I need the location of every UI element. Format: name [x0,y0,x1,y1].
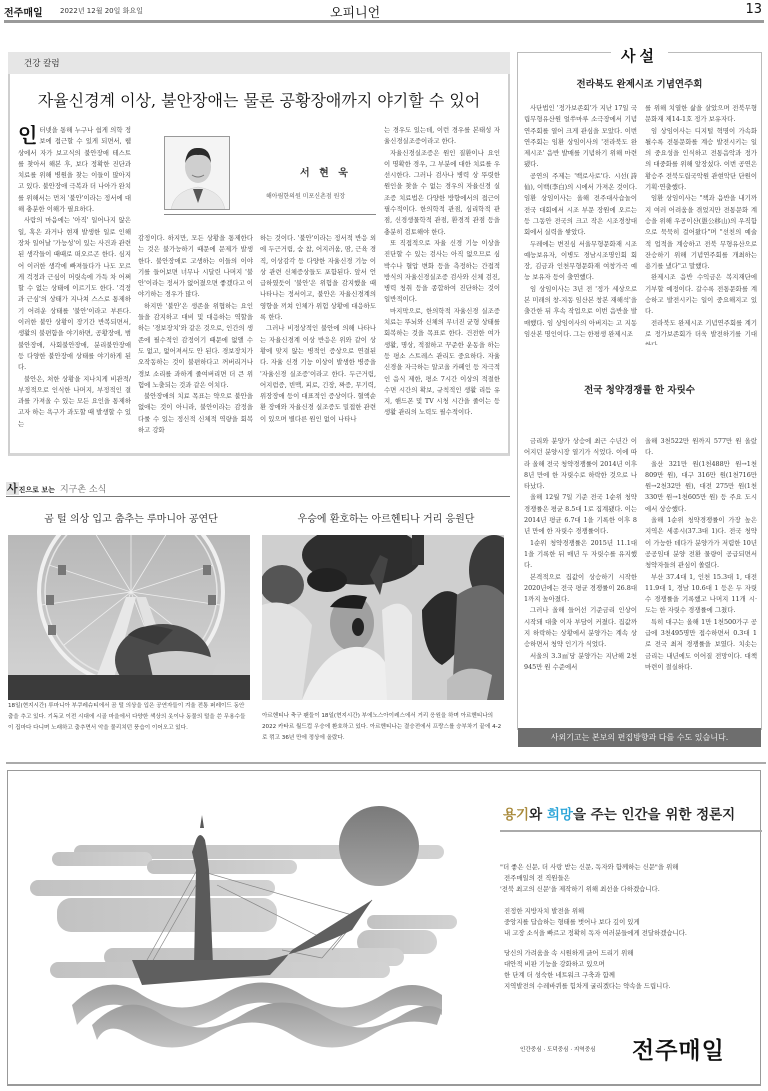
health-column-col4: 는 경우도 있는데, 이런 경우를 본태성 자율신경실조증이라고 한다. 자율신… [384,125,500,453]
ad-slogan: 용기와 희망을 주는 인간을 위한 정론지 [503,803,735,823]
paragraph: 그러나 올해 들어선 기준금리 인상이 시작돼 대출 이자 부담이 커졌다. 집… [524,605,637,650]
paragraph: 공연의 주제는 '백로사로'다. 시선(詩仙), 이백(李白)의 시에서 가져온… [524,171,637,239]
paragraph: 전라북도 완제시조 기념연주회를 계기로 정가보존회가 더욱 발전하기를 기대한… [645,318,757,345]
ad-line: 지역발전의 수레바퀴를 힘차게 굴리겠다는 약속을 드립니다. [504,981,766,992]
paragraph: 특히 대구는 올해 1만 1천500가구 공급에 3천495명만 접수하면서 0… [645,617,757,673]
paragraph: 감정이다. 하지만, 모든 상황을 통제한다는 것은 불가능하기 때문에 문제가… [138,233,253,301]
ad-paragraph-2: 진정한 지방자치 발전을 위해 중앙지를 답습하는 형태를 벗어나 보다 깊이 … [504,906,766,939]
ad-slogan-rule [500,830,762,832]
ad-motto: 인간중심 · 도덕중심 · 지역중심 [520,1045,596,1053]
ferris-wheel-icon [8,535,250,700]
newspaper-logo: 전주매일 [4,4,43,19]
author-divider [164,214,376,215]
ad-illustration [22,790,482,1050]
author-photo [164,136,230,210]
author-portrait-icon [165,137,230,210]
author-affiliation: 해아림한의원 미포신촌점 원장 [266,191,345,200]
section-divider [6,762,766,764]
photo-news-header-big: 사 [6,482,19,495]
paragraph: 또 직접적으로 자율 신경 기능 이상을 진단할 수 있는 검사는 아직 없으므… [384,238,500,306]
paragraph: 사단법인 '정가보존회'가 지난 17일 국립무형유산원 얼쑤마루 소극장에서 … [524,103,637,171]
ad-line: "더 좋은 신문, 더 사랑 받는 신문, 독자와 함께하는 신문"을 위해 [500,862,762,873]
slogan-rest: 을 주는 인간을 위한 정론지 [573,807,735,823]
paragraph: 하지만 '불안'은 생존을 위협하는 요인들을 감지하고 대비 및 대응하는 역… [138,301,253,391]
ad-line: 한 단계 더 성숙한 네트워크 구축과 함께 [504,970,766,981]
ad-line: 당신의 가려움을 속 시원하게 긁어 드리기 위해 [504,948,766,959]
masthead: 전주매일 2022년 12월 20일 화요일 오피니언 13 [0,0,768,24]
paragraph: 부산 37.4대 1, 인천 15.3대 1, 대전 11.9대 1, 경남 1… [645,572,757,617]
photo-news-header: 사진으로 보는 지구촌 소식 [6,477,510,497]
page-number: 13 [745,2,762,17]
paragraph: 금리와 분양가 상승에 최근 수년간 이어지던 분양시장 열기가 식었다. 이에… [524,436,637,492]
photo-left-title: 곰 털 의상 입고 춤추는 루마니아 공연단 [6,510,256,525]
paragraph: 완제시조 음반 수익금은 복지재단에 기부할 예정이다. 갈수록 전통문화를 계… [645,272,757,317]
paragraph: 마지막으로, 한의학적 자율신경 실조증 치료는 뚜뇌와 신체의 무너진 균형 … [384,306,500,419]
paragraph: 임 상임이사는 3년 전 '정가 세상으로 본 미래의 창-지동 임산본 창본 … [524,284,637,340]
paragraph: 두레에는 변진심 서울무형문화재 시조 예능보유자, 이병도 경남시조명인회 회… [524,239,637,284]
ferris-wheel-bear-photo [8,535,250,700]
slogan-courage: 용기 [503,807,529,823]
paragraph: 불안장애의 치료 목표는 약으로 불안을 없애는 것이 아니라, 불안이라는 감… [138,391,253,436]
paragraph: 올해 3천522만 원까지 577만 원 올랐다. [645,436,757,459]
health-column-title: 자율신경계 이상, 불안장애는 물론 공황장애까지 야기할 수 있어 [8,88,510,111]
paragraph: 서울의 3.3㎡당 분양가는 지난해 2천945만 원 수준에서 [524,651,637,674]
paragraph: 1순위 청약경쟁률은 2015년 11.1대 1을 기록한 뒤 매년 두 자릿수… [524,538,637,572]
slogan-hope: 희망 [547,807,573,823]
paragraph: 그러나 비정상적인 불안에 의해 나타나는 자율신경계 이상 반응은 위와 같이… [260,323,376,425]
photo-right-caption: 아르헨티나 축구 팬들이 18일(현지시간) 부에노스아이레스에서 거리 응원을… [262,711,506,744]
health-column-col3: 하는 것이다. '불안'이라는 정서적 반응 외에 두근거림, 숨 참, 어지러… [260,233,376,453]
editorial-article1-title: 전라북도 완제시조 기념연주회 [517,76,762,90]
argentina-fans-photo [262,535,504,700]
ad-paragraph-3: 당신의 가려움을 속 시원하게 긁어 드리기 위해 대안적 비판 기능을 강화하… [504,948,766,992]
ad-line: 진정한 지방자치 발전을 위해 [504,906,766,917]
editorial-article2-col2: 올해 3천522만 원까지 577만 원 올랐다. 울산 321만 원(1천48… [645,436,757,716]
health-column-tab: 건강 칼럼 [8,52,510,74]
slogan-and: 와 [529,807,547,823]
ad-line: '전북 최고의 신문'을 제작하기 위해 최선을 다하겠습니다. [500,884,762,895]
editorial-article1-col1: 사단법인 '정가보존회'가 지난 17일 국립무형유산원 얼쑤마루 소극장에서 … [524,103,637,345]
op-ed-disclaimer: 사외기고는 본보의 편집방향과 다를 수도 있습니다. [518,728,761,747]
editorial-article2-title: 전국 청약경쟁률 한 자릿수 [517,382,762,396]
paragraph: 올해 12월 7일 기준 전국 1순위 청약 경쟁률은 평균 8.5대 1로 집… [524,492,637,537]
photo-right-title: 우승에 환호하는 아르헨티나 거리 응원단 [262,510,510,525]
ad-paragraph-1: "더 좋은 신문, 더 사랑 받는 신문, 독자와 함께하는 신문"을 위해 전… [500,862,762,895]
author-name: 서 현 욱 [300,164,351,179]
editorial-article1-col2: 를 위해 치열한 삶을 살았으며 전북무형문화재 제14-1호 정가 보유자다.… [645,103,757,345]
celebrating-crowd-icon [262,535,504,700]
paragraph: 사람의 마음에는 '아직' 일어나지 않은 일, 혹은 과거나 현재 발생한 일… [18,215,131,373]
paragraph: 하는 것이다. '불안'이라는 정서적 반응 외에 두근거림, 숨 참, 어지러… [260,233,376,323]
paragraph: 를 위해 치열한 삶을 살았으며 전북무형문화재 제14-1호 정가 보유자다. [645,103,757,126]
paragraph: 임 상임이사는 디지털 혁명이 가속화될수록 전통문화를 계승 발전시키는 일의… [645,126,757,194]
paragraph: 는 경우도 있는데, 이런 경우를 본태성 자율신경실조증이라고 한다. [384,125,500,148]
editorial-header: 사설 [517,45,762,66]
masthead-rule [4,20,764,23]
health-column-col1: 인터넷을 통해 누구나 쉽게 의학 정보에 접근할 수 있게 되면서, 웹상에서… [18,125,131,453]
paragraph: 임환 상임이사는 "책과 음반을 내기까지 여러 어려움을 겪었지만 전통문화 … [645,193,757,272]
ad-line: 대안적 비판 기능을 강화하고 있으며 [504,959,766,970]
ad-line: 내 고장 소식을 빠르고 정확히 독자 여러분들에게 전달하겠습니다. [504,928,766,939]
paragraph: 자율신경실조증은 원인 질환이나 요인이 명확한 경우, 그 부분에 대한 치료… [384,148,500,238]
ad-newspaper-logo: 전주매일 [632,1032,725,1065]
photo-news-header-small: 진으로 보는 [19,486,55,494]
ad-line: 중앙지를 답습하는 형태를 벗어나 보다 깊이 있게 [504,917,766,928]
issue-date: 2022년 12월 20일 화요일 [60,6,143,16]
section-title: 오피니언 [330,2,380,21]
photo-news-header-gray: 지구촌 소식 [60,485,106,495]
ad-line: 전주매일의 전 직원들은 [500,873,762,884]
paragraph: 올해 1순위 청약경쟁률이 가장 높은 지역은 세종시(37.3대 1)다. 전… [645,515,757,571]
paragraph: 본격적으로 집값이 상승하기 시작한 2020년에는 전국 평균 경쟁률이 26… [524,572,637,606]
paragraph: 울산 321만 원(1천488만 원→1천809만 원), 대구 316만 원(… [645,459,757,515]
editorial-article2-col1: 금리와 분양가 상승에 최근 수년간 이어지던 분양시장 열기가 식었다. 이에… [524,436,637,716]
photo-left-caption: 18일(현지시간) 루마니아 부쿠레슈티에서 곰 털 의상을 입은 공연자들이 … [8,701,250,734]
health-column-col2: 감정이다. 하지만, 모든 상황을 통제한다는 것은 불가능하기 때문에 문제가… [138,233,253,453]
editorial-header-label: 사설 [611,47,668,65]
paragraph: 불안은, 처한 상황을 지나치게 비관적/부정적으로 인식한 나머지, 부정적인… [18,374,131,430]
pen-nib-ship-icon [22,790,482,1050]
dropcap: 인 [18,125,37,145]
